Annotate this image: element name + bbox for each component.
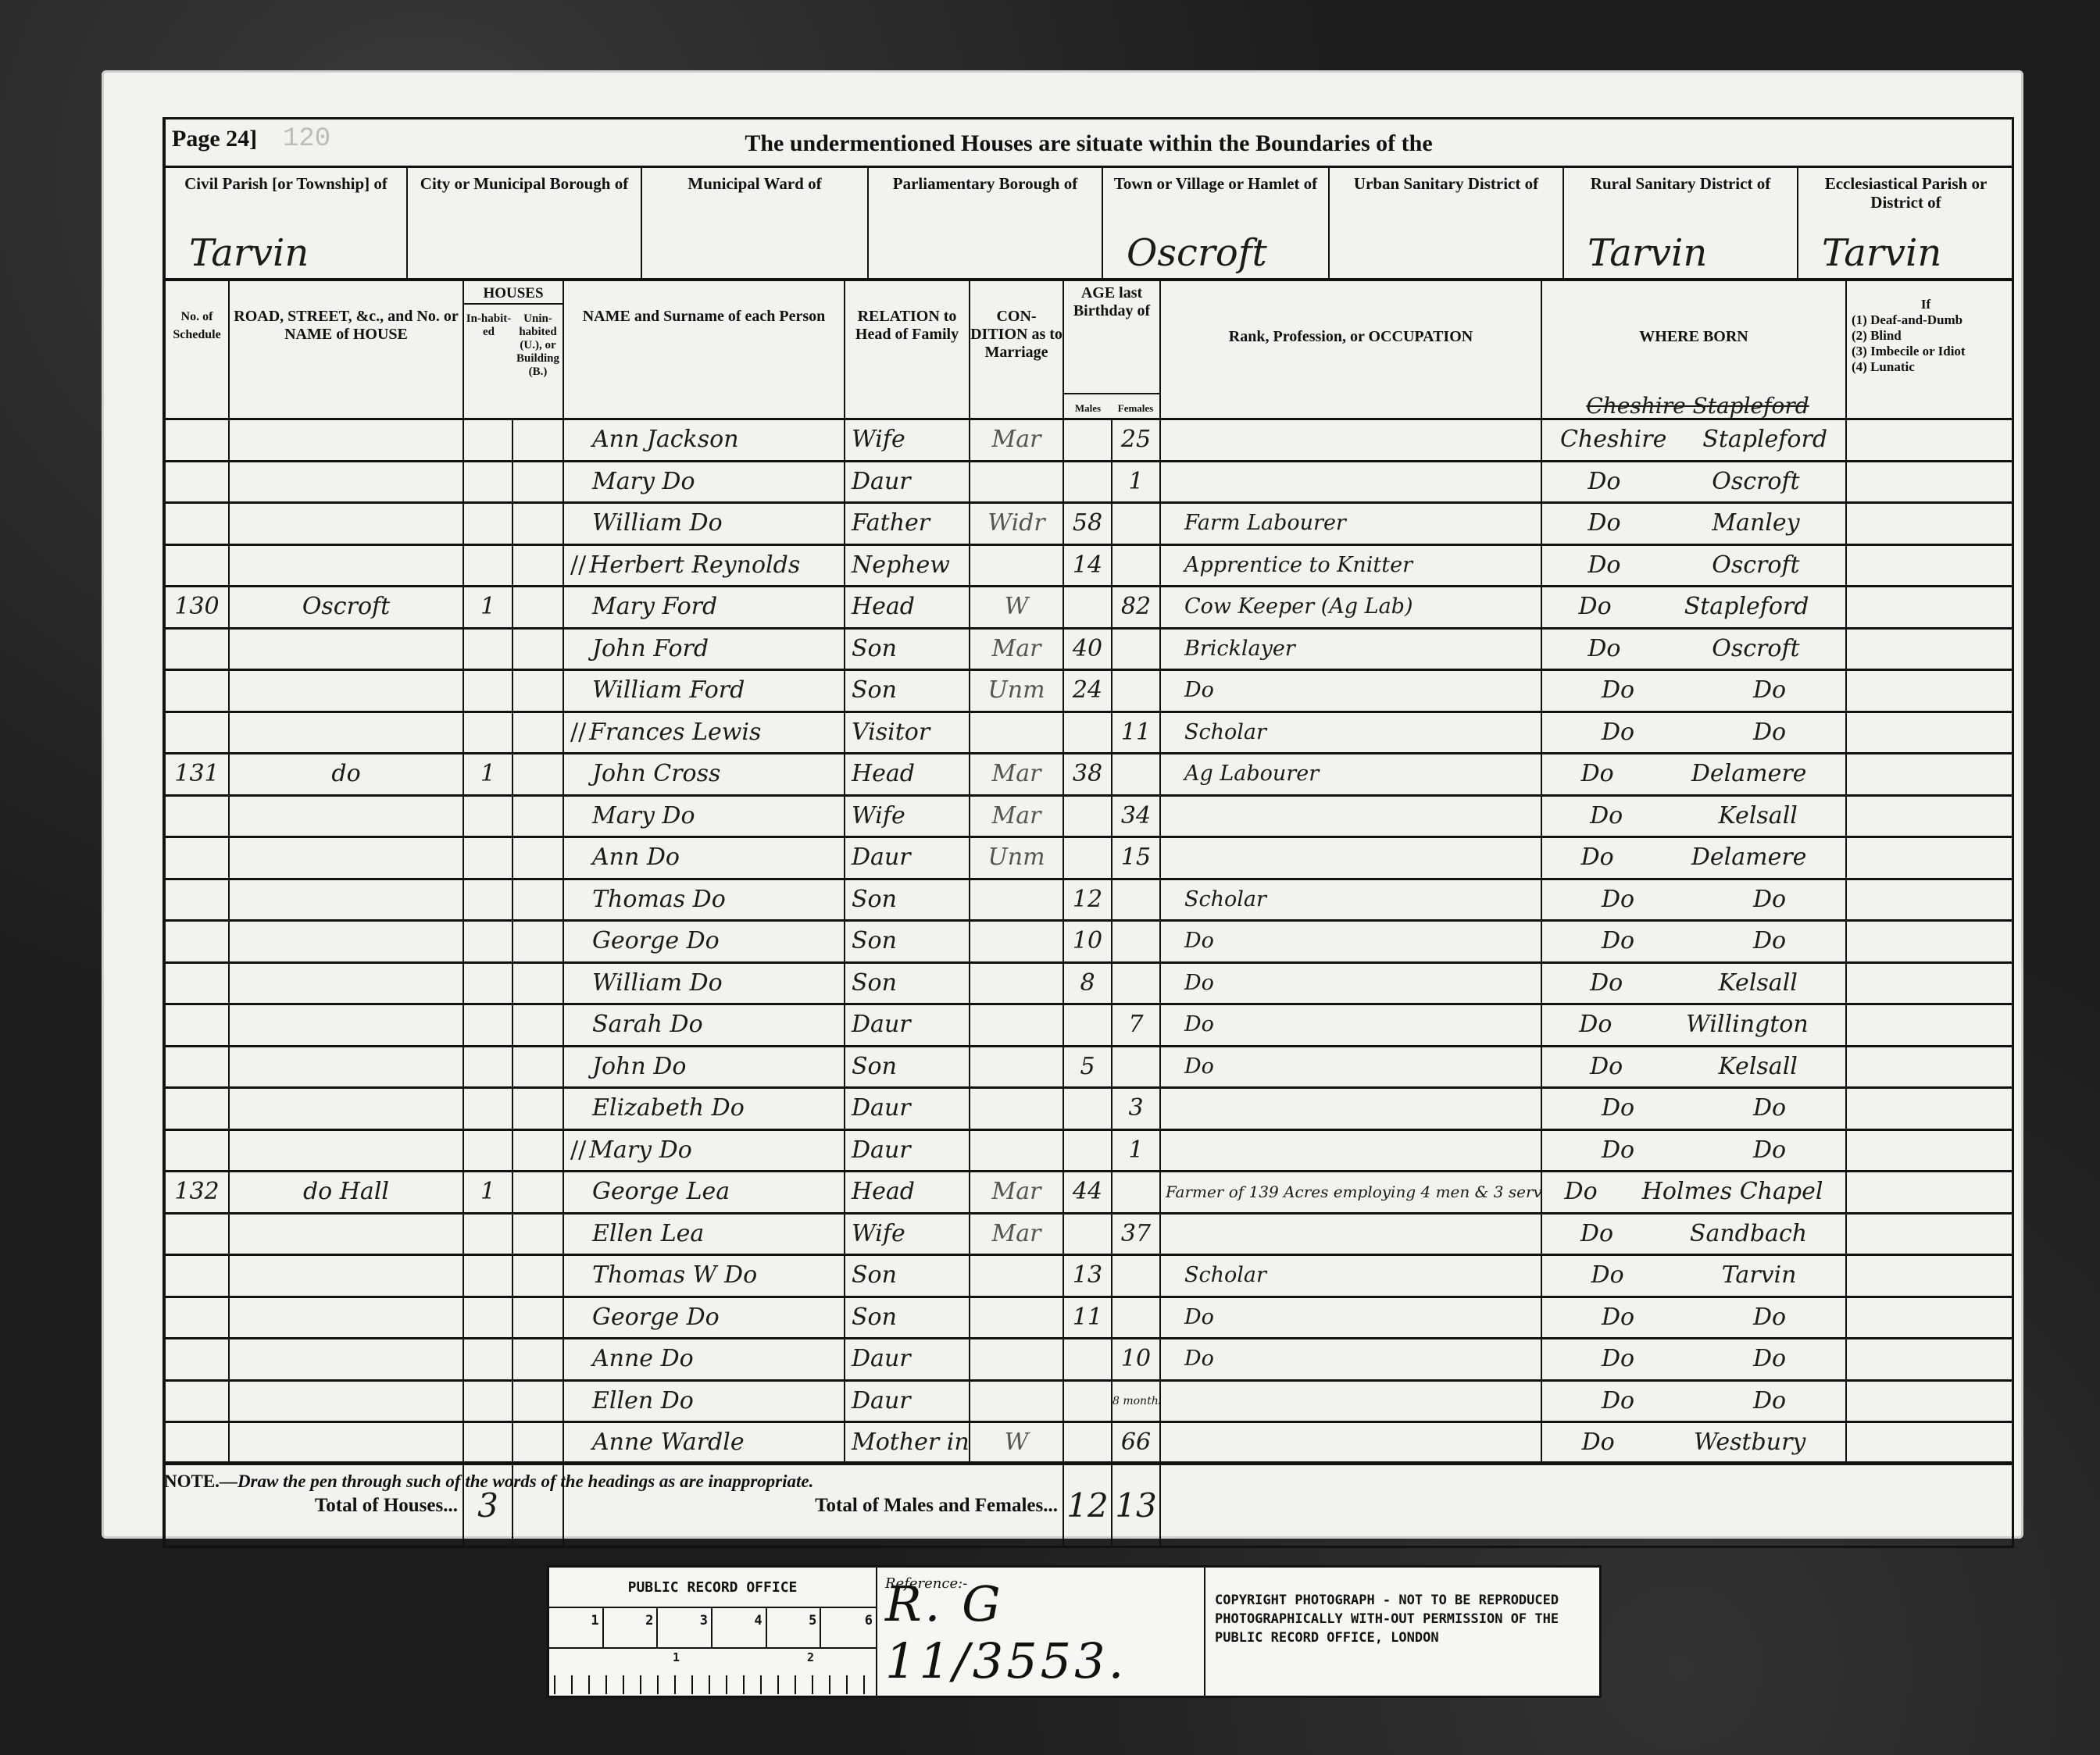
table-row: William FordSonUnm24DoDoDo [166, 671, 2012, 713]
enumerator-tick-mark: // [570, 551, 586, 579]
occupation-cell: Do [1161, 1298, 1542, 1338]
born-place: Do [1753, 922, 1786, 961]
name-cell: Thomas W Do [564, 1256, 845, 1296]
relation-cell: Nephew [845, 546, 970, 586]
male-age-cell: 38 [1064, 754, 1112, 794]
where-born-cell: DoKelsall [1542, 1047, 1847, 1087]
schedule-cell [166, 797, 230, 836]
condition-cell: Mar [970, 1172, 1064, 1212]
condition-cell [970, 1298, 1064, 1338]
inhabited-cell [464, 1215, 513, 1254]
boundary-municipal-ward: Municipal Ward of [642, 168, 869, 278]
uninhabited-cell [513, 754, 564, 794]
uninhabited-cell [513, 1005, 564, 1045]
road-cell [230, 1298, 464, 1338]
boundary-ecclesiastical: Ecclesiastical Parish or District ofTarv… [1798, 168, 2013, 278]
inhabited-cell: 1 [464, 1172, 513, 1212]
schedule-cell [166, 1215, 230, 1254]
born-county: Do [1581, 838, 1614, 878]
born-place: Manley [1712, 504, 1799, 544]
boundary-town-village: Town or Village or Hamlet ofOscroft [1103, 168, 1330, 278]
pro-ruler: 1 2 [549, 1649, 876, 1694]
uninhabited-cell [513, 671, 564, 711]
struck-entry: Cheshire Stapleford [1558, 397, 1837, 415]
inhabited-cell [464, 1256, 513, 1296]
infirmity-cell [1847, 420, 2003, 460]
male-age-cell: 5 [1064, 1047, 1112, 1087]
infirmity-cell [1847, 964, 2003, 1004]
uninhabited-cell [513, 462, 564, 502]
occupation-cell: Ag Labourer [1161, 754, 1542, 794]
uninhabited-cell [513, 880, 564, 920]
name-cell: Mary Ford [564, 587, 845, 627]
male-age-cell [1064, 462, 1112, 502]
uninhabited-cell [513, 1423, 564, 1461]
table-row: George DoSon10DoDoDo [166, 922, 2012, 964]
infirmity-cell [1847, 630, 2003, 669]
header-name: NAME and Surname of each Person [564, 281, 845, 418]
where-born-cell: DoHolmes Chapel [1542, 1172, 1847, 1212]
infirmity-cell [1847, 1423, 2003, 1461]
header-condition: CON-DITION as to Marriage [970, 281, 1064, 418]
relation-cell: Daur [845, 1131, 970, 1171]
occupation-cell: Bricklayer [1161, 630, 1542, 669]
female-age-cell [1112, 1172, 1161, 1212]
road-cell [230, 1005, 464, 1045]
infirmity-cell [1847, 880, 2003, 920]
table-row: Thomas DoSon12ScholarDoDo [166, 880, 2012, 922]
born-place: Do [1753, 1339, 1786, 1379]
infirmity-cell [1847, 1256, 2003, 1296]
born-county: Do [1602, 1089, 1634, 1129]
occupation-cell: Do [1161, 1005, 1542, 1045]
table-row: William DoSon8DoDoKelsall [166, 964, 2012, 1006]
condition-cell [970, 964, 1064, 1004]
relation-cell: Daur [845, 1005, 970, 1045]
occupation-cell: Scholar [1161, 713, 1542, 753]
relation-cell: Son [845, 922, 970, 961]
uninhabited-cell [513, 1382, 564, 1421]
road-cell [230, 838, 464, 878]
pro-reference-block: Reference:- R. G 11/3553. [877, 1568, 1205, 1696]
infirmity-cell [1847, 1131, 2003, 1171]
name-cell: William Do [564, 504, 845, 544]
schedule-cell [166, 880, 230, 920]
schedule-cell [166, 1339, 230, 1379]
table-row: George DoSon11DoDoDo [166, 1298, 2012, 1340]
born-county: Do [1602, 1339, 1634, 1379]
schedule-cell [166, 713, 230, 753]
name-cell: Sarah Do [564, 1005, 845, 1045]
occupation-cell [1161, 1215, 1542, 1254]
road-cell [230, 713, 464, 753]
male-age-cell: 44 [1064, 1172, 1112, 1212]
uninhabited-cell [513, 1256, 564, 1296]
infirmity-cell [1847, 1215, 2003, 1254]
table-row: John FordSonMar40BricklayerDoOscroft [166, 630, 2012, 672]
name-cell: John Ford [564, 630, 845, 669]
female-age-cell [1112, 546, 1161, 586]
born-county: Do [1579, 587, 1612, 627]
uninhabited-cell [513, 838, 564, 878]
column-headers: No. of Schedule ROAD, STREET, &c., and N… [166, 281, 2012, 420]
occupation-cell [1161, 420, 1542, 460]
pro-scale: 1 2 3 4 5 6 [549, 1608, 876, 1649]
inhabited-cell [464, 671, 513, 711]
born-place: Delamere [1691, 754, 1807, 794]
male-age-cell: 40 [1064, 630, 1112, 669]
occupation-cell [1161, 1089, 1542, 1129]
condition-cell [970, 880, 1064, 920]
condition-cell [970, 922, 1064, 961]
born-place: Do [1753, 713, 1786, 753]
form-banner: Page 24] 120 The undermentioned Houses a… [166, 119, 2012, 168]
name-cell: Ellen Lea [564, 1215, 845, 1254]
female-age-cell [1112, 671, 1161, 711]
form-note: NOTE.—Draw the pen through such of the w… [164, 1471, 813, 1492]
condition-cell: W [970, 587, 1064, 627]
female-age-cell: 1 [1112, 1131, 1161, 1171]
male-age-cell: 10 [1064, 922, 1112, 961]
uninhabited-cell [513, 964, 564, 1004]
born-place: Do [1753, 1382, 1786, 1421]
born-county: Do [1602, 922, 1634, 961]
male-age-cell [1064, 1131, 1112, 1171]
where-born-cell: DoDelamere [1542, 754, 1847, 794]
condition-cell: Mar [970, 630, 1064, 669]
header-where-born: WHERE BORN Cheshire Stapleford [1542, 281, 1847, 418]
schedule-cell [166, 504, 230, 544]
where-born-cell: DoDo [1542, 880, 1847, 920]
relation-cell: Son [845, 671, 970, 711]
born-county: Do [1602, 880, 1634, 920]
header-inhabited: In-habit-ed [464, 305, 513, 418]
schedule-cell [166, 964, 230, 1004]
condition-cell [970, 1339, 1064, 1379]
born-place: Kelsall [1718, 797, 1797, 836]
road-cell [230, 922, 464, 961]
schedule-cell [166, 1047, 230, 1087]
male-age-cell [1064, 1423, 1112, 1461]
born-county: Do [1581, 754, 1614, 794]
male-age-cell: 13 [1064, 1256, 1112, 1296]
relation-cell: Son [845, 1256, 970, 1296]
boundary-rural-sanitary: Rural Sanitary District ofTarvin [1564, 168, 1798, 278]
inhabited-cell [464, 1089, 513, 1129]
female-age-cell: 15 [1112, 838, 1161, 878]
where-born-cell: DoDo [1542, 713, 1847, 753]
table-row: //Herbert ReynoldsNephew14Apprentice to … [166, 546, 2012, 588]
table-row: Mary DoDaur1DoOscroft [166, 462, 2012, 505]
inhabited-cell [464, 797, 513, 836]
boundaries-row: Civil Parish [or Township] ofTarvin City… [166, 168, 2012, 281]
relation-cell: Daur [845, 462, 970, 502]
female-age-cell [1112, 1047, 1161, 1087]
header-males: Males [1064, 394, 1112, 418]
road-cell: do Hall [230, 1172, 464, 1212]
condition-cell [970, 1382, 1064, 1421]
occupation-cell [1161, 838, 1542, 878]
male-age-cell [1064, 420, 1112, 460]
occupation-cell [1161, 797, 1542, 836]
schedule-cell: 131 [166, 754, 230, 794]
born-place: Kelsall [1718, 1047, 1797, 1087]
inhabited-cell [464, 630, 513, 669]
total-males: 12 [1064, 1465, 1112, 1546]
road-cell [230, 1215, 464, 1254]
female-age-cell: 25 [1112, 420, 1161, 460]
table-row: 131do1John CrossHeadMar38Ag LabourerDoDe… [166, 754, 2012, 797]
occupation-cell: Apprentice to Knitter [1161, 546, 1542, 586]
road-cell [230, 420, 464, 460]
male-age-cell: 8 [1064, 964, 1112, 1004]
road-cell [230, 1131, 464, 1171]
inhabited-cell [464, 1423, 513, 1461]
inhabited-cell [464, 1131, 513, 1171]
occupation-cell: Farm Labourer [1161, 504, 1542, 544]
relation-cell: Daur [845, 838, 970, 878]
header-houses: HOUSES In-habit-ed Unin-habited (U.), or… [464, 281, 564, 418]
relation-cell: Wife [845, 1215, 970, 1254]
female-age-cell: 82 [1112, 587, 1161, 627]
female-age-cell: 7 [1112, 1005, 1161, 1045]
name-cell: //Frances Lewis [564, 713, 845, 753]
road-cell: Oscroft [230, 587, 464, 627]
header-occupation: Rank, Profession, or OCCUPATION [1161, 281, 1542, 418]
infirmity-cell [1847, 462, 2003, 502]
male-age-cell [1064, 797, 1112, 836]
table-row: Mary DoWifeMar34DoKelsall [166, 797, 2012, 839]
pro-office-block: PUBLIC RECORD OFFICE 1 2 3 4 5 6 1 2 [549, 1568, 877, 1696]
header-infirmity: If (1) Deaf-and-Dumb (2) Blind (3) Imbec… [1847, 281, 2003, 418]
where-born-cell: DoOscroft [1542, 630, 1847, 669]
condition-cell: Mar [970, 1215, 1064, 1254]
inhabited-cell [464, 964, 513, 1004]
schedule-cell [166, 420, 230, 460]
uninhabited-cell [513, 1298, 564, 1338]
road-cell [230, 1339, 464, 1379]
table-row: William DoFatherWidr58Farm LabourerDoMan… [166, 504, 2012, 546]
female-age-cell [1112, 922, 1161, 961]
condition-cell: Mar [970, 420, 1064, 460]
female-age-cell: 11 [1112, 713, 1161, 753]
table-row: //Mary DoDaur1DoDo [166, 1131, 2012, 1173]
male-age-cell [1064, 838, 1112, 878]
born-county: Do [1590, 1047, 1623, 1087]
condition-cell: Unm [970, 838, 1064, 878]
condition-cell: Mar [970, 797, 1064, 836]
relation-cell: Visitor [845, 713, 970, 753]
occupation-cell: Do [1161, 964, 1542, 1004]
born-place: Oscroft [1712, 462, 1799, 502]
where-born-cell: DoSandbach [1542, 1215, 1847, 1254]
inhabited-cell [464, 1005, 513, 1045]
reference-value: R. G 11/3553. [885, 1575, 1204, 1689]
female-age-cell [1112, 964, 1161, 1004]
infirmity-cell [1847, 546, 2003, 586]
inhabited-cell [464, 462, 513, 502]
schedule-cell [166, 1005, 230, 1045]
table-row: Ann DoDaurUnm15DoDelamere [166, 838, 2012, 880]
female-age-cell [1112, 630, 1161, 669]
male-age-cell [1064, 713, 1112, 753]
table-row: Thomas W DoSon13ScholarDoTarvin [166, 1256, 2012, 1298]
name-cell: Ellen Do [564, 1382, 845, 1421]
road-cell [230, 630, 464, 669]
road-cell [230, 1256, 464, 1296]
where-born-cell: DoDo [1542, 1089, 1847, 1129]
infirmity-cell [1847, 1047, 2003, 1087]
schedule-cell [166, 1298, 230, 1338]
born-place: Stapleford [1684, 587, 1809, 627]
table-row: 132do Hall1George LeaHeadMar44Farmer of … [166, 1172, 2012, 1215]
uninhabited-cell [513, 1089, 564, 1129]
male-age-cell [1064, 1005, 1112, 1045]
where-born-cell: DoWestbury [1542, 1423, 1847, 1461]
name-cell: George Lea [564, 1172, 845, 1212]
uninhabited-cell [513, 1172, 564, 1212]
pro-office-name: PUBLIC RECORD OFFICE [549, 1568, 876, 1608]
where-born-cell: DoDo [1542, 1298, 1847, 1338]
where-born-cell: DoKelsall [1542, 964, 1847, 1004]
born-place: Oscroft [1712, 630, 1799, 669]
schedule-cell [166, 1256, 230, 1296]
name-cell: Ann Do [564, 838, 845, 878]
where-born-cell: DoDelamere [1542, 838, 1847, 878]
born-county: Do [1602, 671, 1634, 711]
condition-cell [970, 1131, 1064, 1171]
condition-cell: W [970, 1423, 1064, 1461]
road-cell [230, 880, 464, 920]
road-cell [230, 1423, 464, 1461]
female-age-cell: 37 [1112, 1215, 1161, 1254]
born-place: Do [1753, 671, 1786, 711]
where-born-cell: DoKelsall [1542, 797, 1847, 836]
where-born-cell: DoManley [1542, 504, 1847, 544]
table-row: Anne DoDaur10DoDoDo [166, 1339, 2012, 1382]
inhabited-cell: 1 [464, 754, 513, 794]
born-county: Cheshire [1560, 420, 1666, 460]
relation-cell: Son [845, 964, 970, 1004]
born-place: Holmes Chapel [1642, 1172, 1823, 1212]
table-row: //Frances LewisVisitor11ScholarDoDo [166, 713, 2012, 755]
born-county: Do [1565, 1172, 1598, 1212]
inhabited-cell [464, 1298, 513, 1338]
condition-cell [970, 713, 1064, 753]
relation-cell: Father [845, 504, 970, 544]
occupation-cell [1161, 1131, 1542, 1171]
schedule-cell [166, 462, 230, 502]
name-cell: //Herbert Reynolds [564, 546, 845, 586]
schedule-cell [166, 1089, 230, 1129]
uninhabited-cell [513, 797, 564, 836]
condition-cell: Widr [970, 504, 1064, 544]
table-row: Ellen LeaWifeMar37DoSandbach [166, 1215, 2012, 1257]
where-born-cell: DoDo [1542, 922, 1847, 961]
table-row: Ann JacksonWifeMar25CheshireStapleford [166, 420, 2012, 462]
born-county: Do [1580, 1215, 1613, 1254]
name-cell: Mary Do [564, 462, 845, 502]
table-row: John DoSon5DoDoKelsall [166, 1047, 2012, 1090]
road-cell [230, 504, 464, 544]
condition-cell [970, 546, 1064, 586]
female-age-cell [1112, 754, 1161, 794]
where-born-cell: DoOscroft [1542, 462, 1847, 502]
relation-cell: Son [845, 630, 970, 669]
condition-cell [970, 1256, 1064, 1296]
where-born-cell: DoDo [1542, 671, 1847, 711]
male-age-cell: 14 [1064, 546, 1112, 586]
relation-cell: Son [845, 880, 970, 920]
born-county: Do [1579, 1005, 1612, 1045]
name-cell: Mary Do [564, 797, 845, 836]
header-road: ROAD, STREET, &c., and No. or NAME of HO… [230, 281, 464, 418]
infirmity-cell [1847, 922, 2003, 961]
road-cell [230, 1089, 464, 1129]
inhabited-cell: 1 [464, 587, 513, 627]
uninhabited-cell [513, 1131, 564, 1171]
male-age-cell: 58 [1064, 504, 1112, 544]
table-row: Sarah DoDaur7DoDoWillington [166, 1005, 2012, 1047]
relation-cell: Head [845, 1172, 970, 1212]
occupation-cell: Cow Keeper (Ag Lab) [1161, 587, 1542, 627]
infirmity-cell [1847, 1005, 2003, 1045]
name-cell: //Mary Do [564, 1131, 845, 1171]
inhabited-cell [464, 922, 513, 961]
where-born-cell: DoDo [1542, 1382, 1847, 1421]
born-place: Do [1753, 1131, 1786, 1171]
header-uninhabited: Unin-habited (U.), or Building (B.) [513, 305, 562, 418]
condition-cell [970, 1089, 1064, 1129]
name-cell: George Do [564, 1298, 845, 1338]
occupation-cell: Do [1161, 1047, 1542, 1087]
male-age-cell: 24 [1064, 671, 1112, 711]
relation-cell: Son [845, 1047, 970, 1087]
born-county: Do [1602, 1298, 1634, 1338]
infirmity-cell [1847, 713, 2003, 753]
occupation-cell [1161, 1423, 1542, 1461]
born-place: Do [1753, 1298, 1786, 1338]
name-cell: Ann Jackson [564, 420, 845, 460]
born-county: Do [1587, 630, 1620, 669]
boundary-civil-parish: Civil Parish [or Township] ofTarvin [166, 168, 408, 278]
uninhabited-cell [513, 1339, 564, 1379]
inhabited-cell [464, 504, 513, 544]
relation-cell: Daur [845, 1382, 970, 1421]
inhabited-cell [464, 880, 513, 920]
occupation-cell: Farmer of 139 Acres employing 4 men & 3 … [1161, 1172, 1542, 1212]
born-place: Stapleford [1702, 420, 1827, 460]
infirmity-cell [1847, 504, 2003, 544]
uninhabited-cell [513, 504, 564, 544]
road-cell: do [230, 754, 464, 794]
infirmity-cell [1847, 1339, 2003, 1379]
road-cell [230, 671, 464, 711]
occupation-cell [1161, 1382, 1542, 1421]
born-county: Do [1590, 797, 1623, 836]
born-place: Sandbach [1690, 1215, 1807, 1254]
schedule-cell: 132 [166, 1172, 230, 1212]
where-born-cell: DoWillington [1542, 1005, 1847, 1045]
uninhabited-cell [513, 587, 564, 627]
occupation-cell: Scholar [1161, 1256, 1542, 1296]
name-cell: Thomas Do [564, 880, 845, 920]
relation-cell: Head [845, 754, 970, 794]
census-rows: Ann JacksonWifeMar25CheshireStaplefordMa… [166, 420, 2012, 1465]
road-cell [230, 1047, 464, 1087]
schedule-cell [166, 546, 230, 586]
male-age-cell [1064, 1339, 1112, 1379]
